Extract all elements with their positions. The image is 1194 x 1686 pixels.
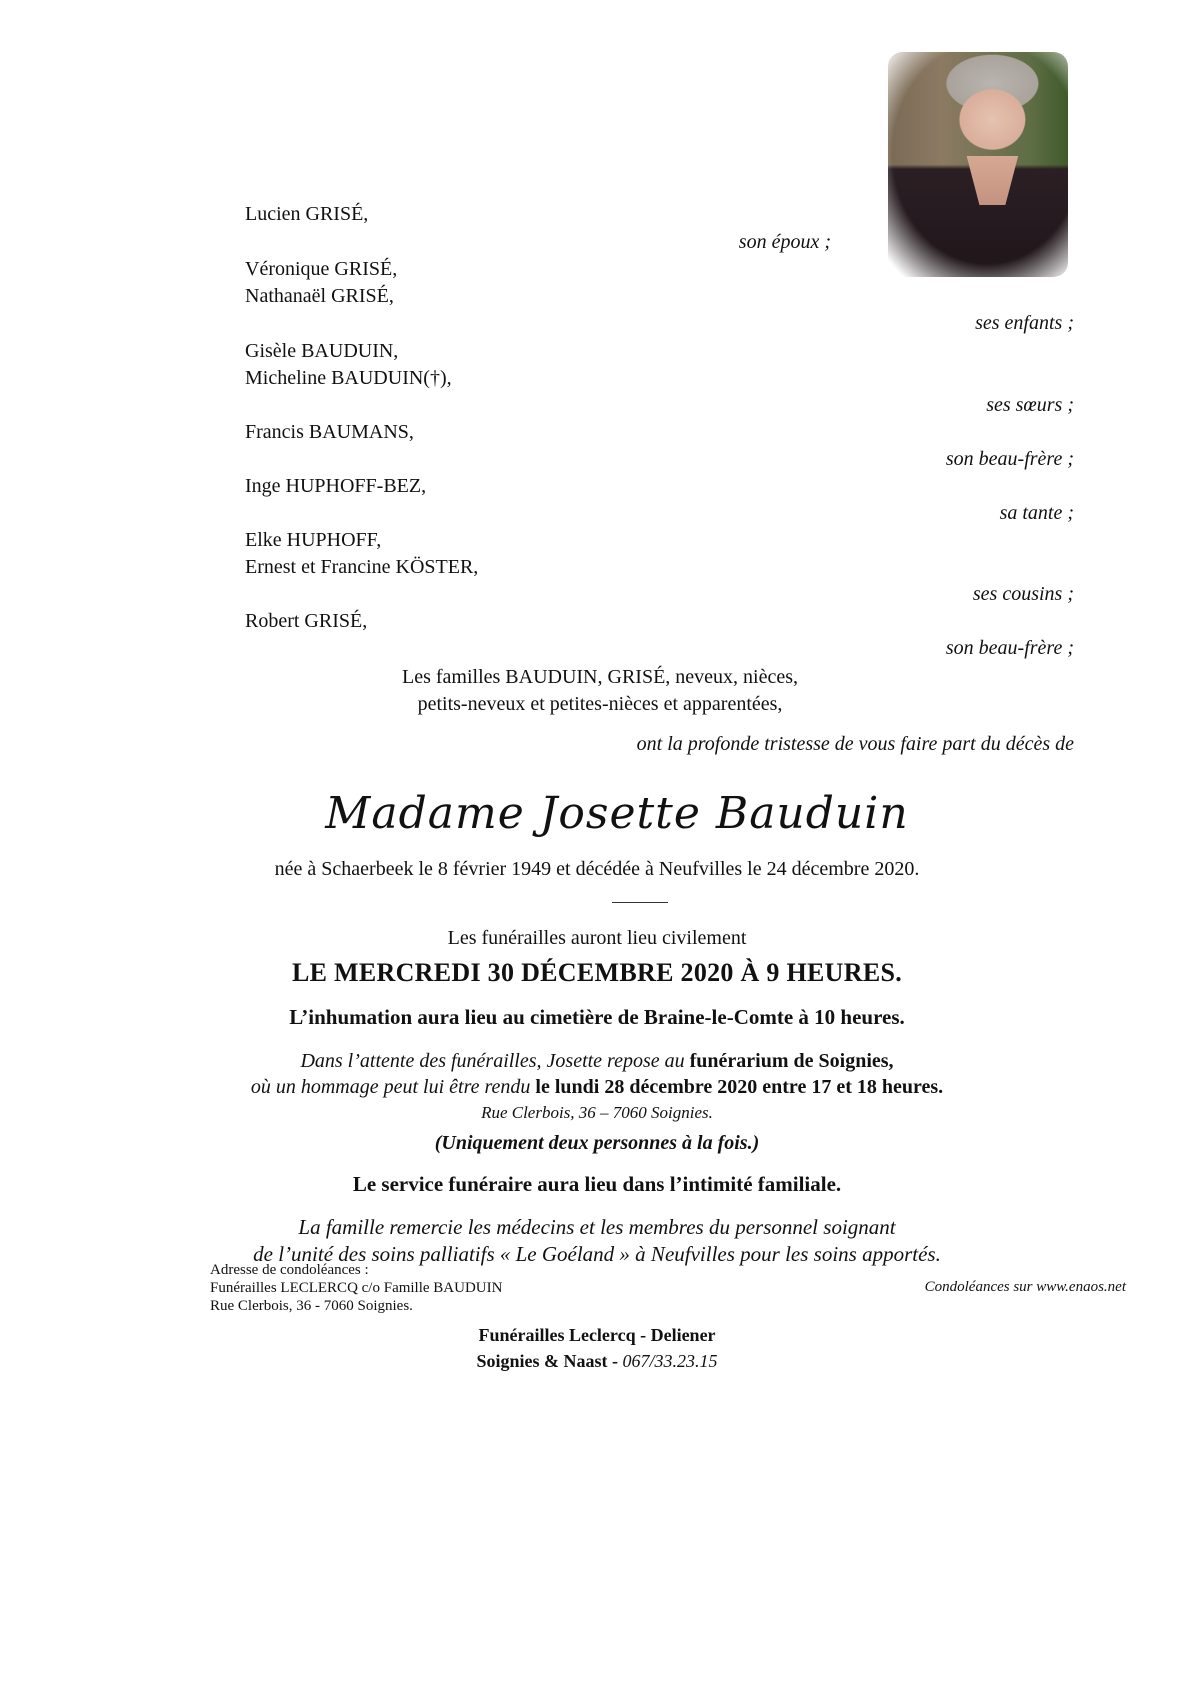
viewing-line-2: où un hommage peut lui être rendu le lun…: [0, 1076, 1194, 1099]
relative-name: Francis BAUMANS,: [245, 421, 414, 444]
relative-name: Elke HUPHOFF,: [245, 529, 381, 552]
visit-note: (Uniquement deux personnes à la fois.): [0, 1132, 1194, 1155]
funeral-home-name: Funérailles Leclercq - Deliener: [0, 1322, 1194, 1348]
relative-name: Nathanaël GRISÉ,: [245, 285, 394, 308]
online-condolences-link[interactable]: Condoléances sur www.enaos.net: [925, 1279, 1126, 1296]
relative-name: Gisèle BAUDUIN,: [245, 340, 398, 363]
divider: [612, 902, 668, 903]
relative-name: Micheline BAUDUIN(†),: [245, 367, 452, 390]
funeral-home-contact: Soignies & Naast - 067/33.23.15: [0, 1348, 1194, 1374]
relation-label: ses enfants ;: [975, 312, 1074, 335]
relative-name: Véronique GRISÉ,: [245, 258, 397, 281]
relative-name: Ernest et Francine KÖSTER,: [245, 556, 478, 579]
relation-label: sa tante ;: [1000, 502, 1074, 525]
condolences-line: Rue Clerbois, 36 - 7060 Soignies.: [210, 1297, 413, 1315]
thanks-line: La famille remercie les médecins et les …: [0, 1215, 1194, 1240]
deceased-name: Madame Josette Bauduin: [0, 788, 1194, 839]
service-info: Le service funéraire aura lieu dans l’in…: [0, 1172, 1194, 1197]
phone-number[interactable]: 067/33.23.15: [623, 1351, 718, 1371]
families-line: Les familles BAUDUIN, GRISÉ, neveux, niè…: [340, 664, 860, 691]
relative-name: Robert GRISÉ,: [245, 610, 367, 633]
thanks-line: de l’unité des soins palliatifs « Le Goé…: [0, 1242, 1194, 1267]
portrait-photo: [888, 52, 1068, 277]
relation-label: son époux ;: [739, 231, 831, 254]
relation-label: ses sœurs ;: [986, 394, 1074, 417]
families-line: petits-neveux et petites-nièces et appar…: [340, 691, 860, 718]
relation-label: ses cousins ;: [973, 583, 1074, 606]
relation-label: son beau-frère ;: [946, 448, 1074, 471]
ceremony-intro: Les funérailles auront lieu civilement: [0, 927, 1194, 950]
funerarium-address: Rue Clerbois, 36 – 7060 Soignies.: [0, 1103, 1194, 1123]
condolences-line: Funérailles LECLERCQ c/o Famille BAUDUIN: [210, 1279, 502, 1297]
relation-label: son beau-frère ;: [946, 637, 1074, 660]
announcement: ont la profonde tristesse de vous faire …: [637, 733, 1074, 756]
birth-death-dates: née à Schaerbeek le 8 février 1949 et dé…: [0, 858, 1194, 881]
burial-info: L’inhumation aura lieu au cimetière de B…: [0, 1005, 1194, 1030]
relative-name: Inge HUPHOFF-BEZ,: [245, 475, 426, 498]
relative-name: Lucien GRISÉ,: [245, 203, 368, 226]
condolences-line: Adresse de condoléances :: [210, 1261, 369, 1279]
ceremony-date: LE MERCREDI 30 DÉCEMBRE 2020 À 9 HEURES.: [0, 958, 1194, 988]
viewing-line-1: Dans l’attente des funérailles, Josette …: [0, 1050, 1194, 1073]
